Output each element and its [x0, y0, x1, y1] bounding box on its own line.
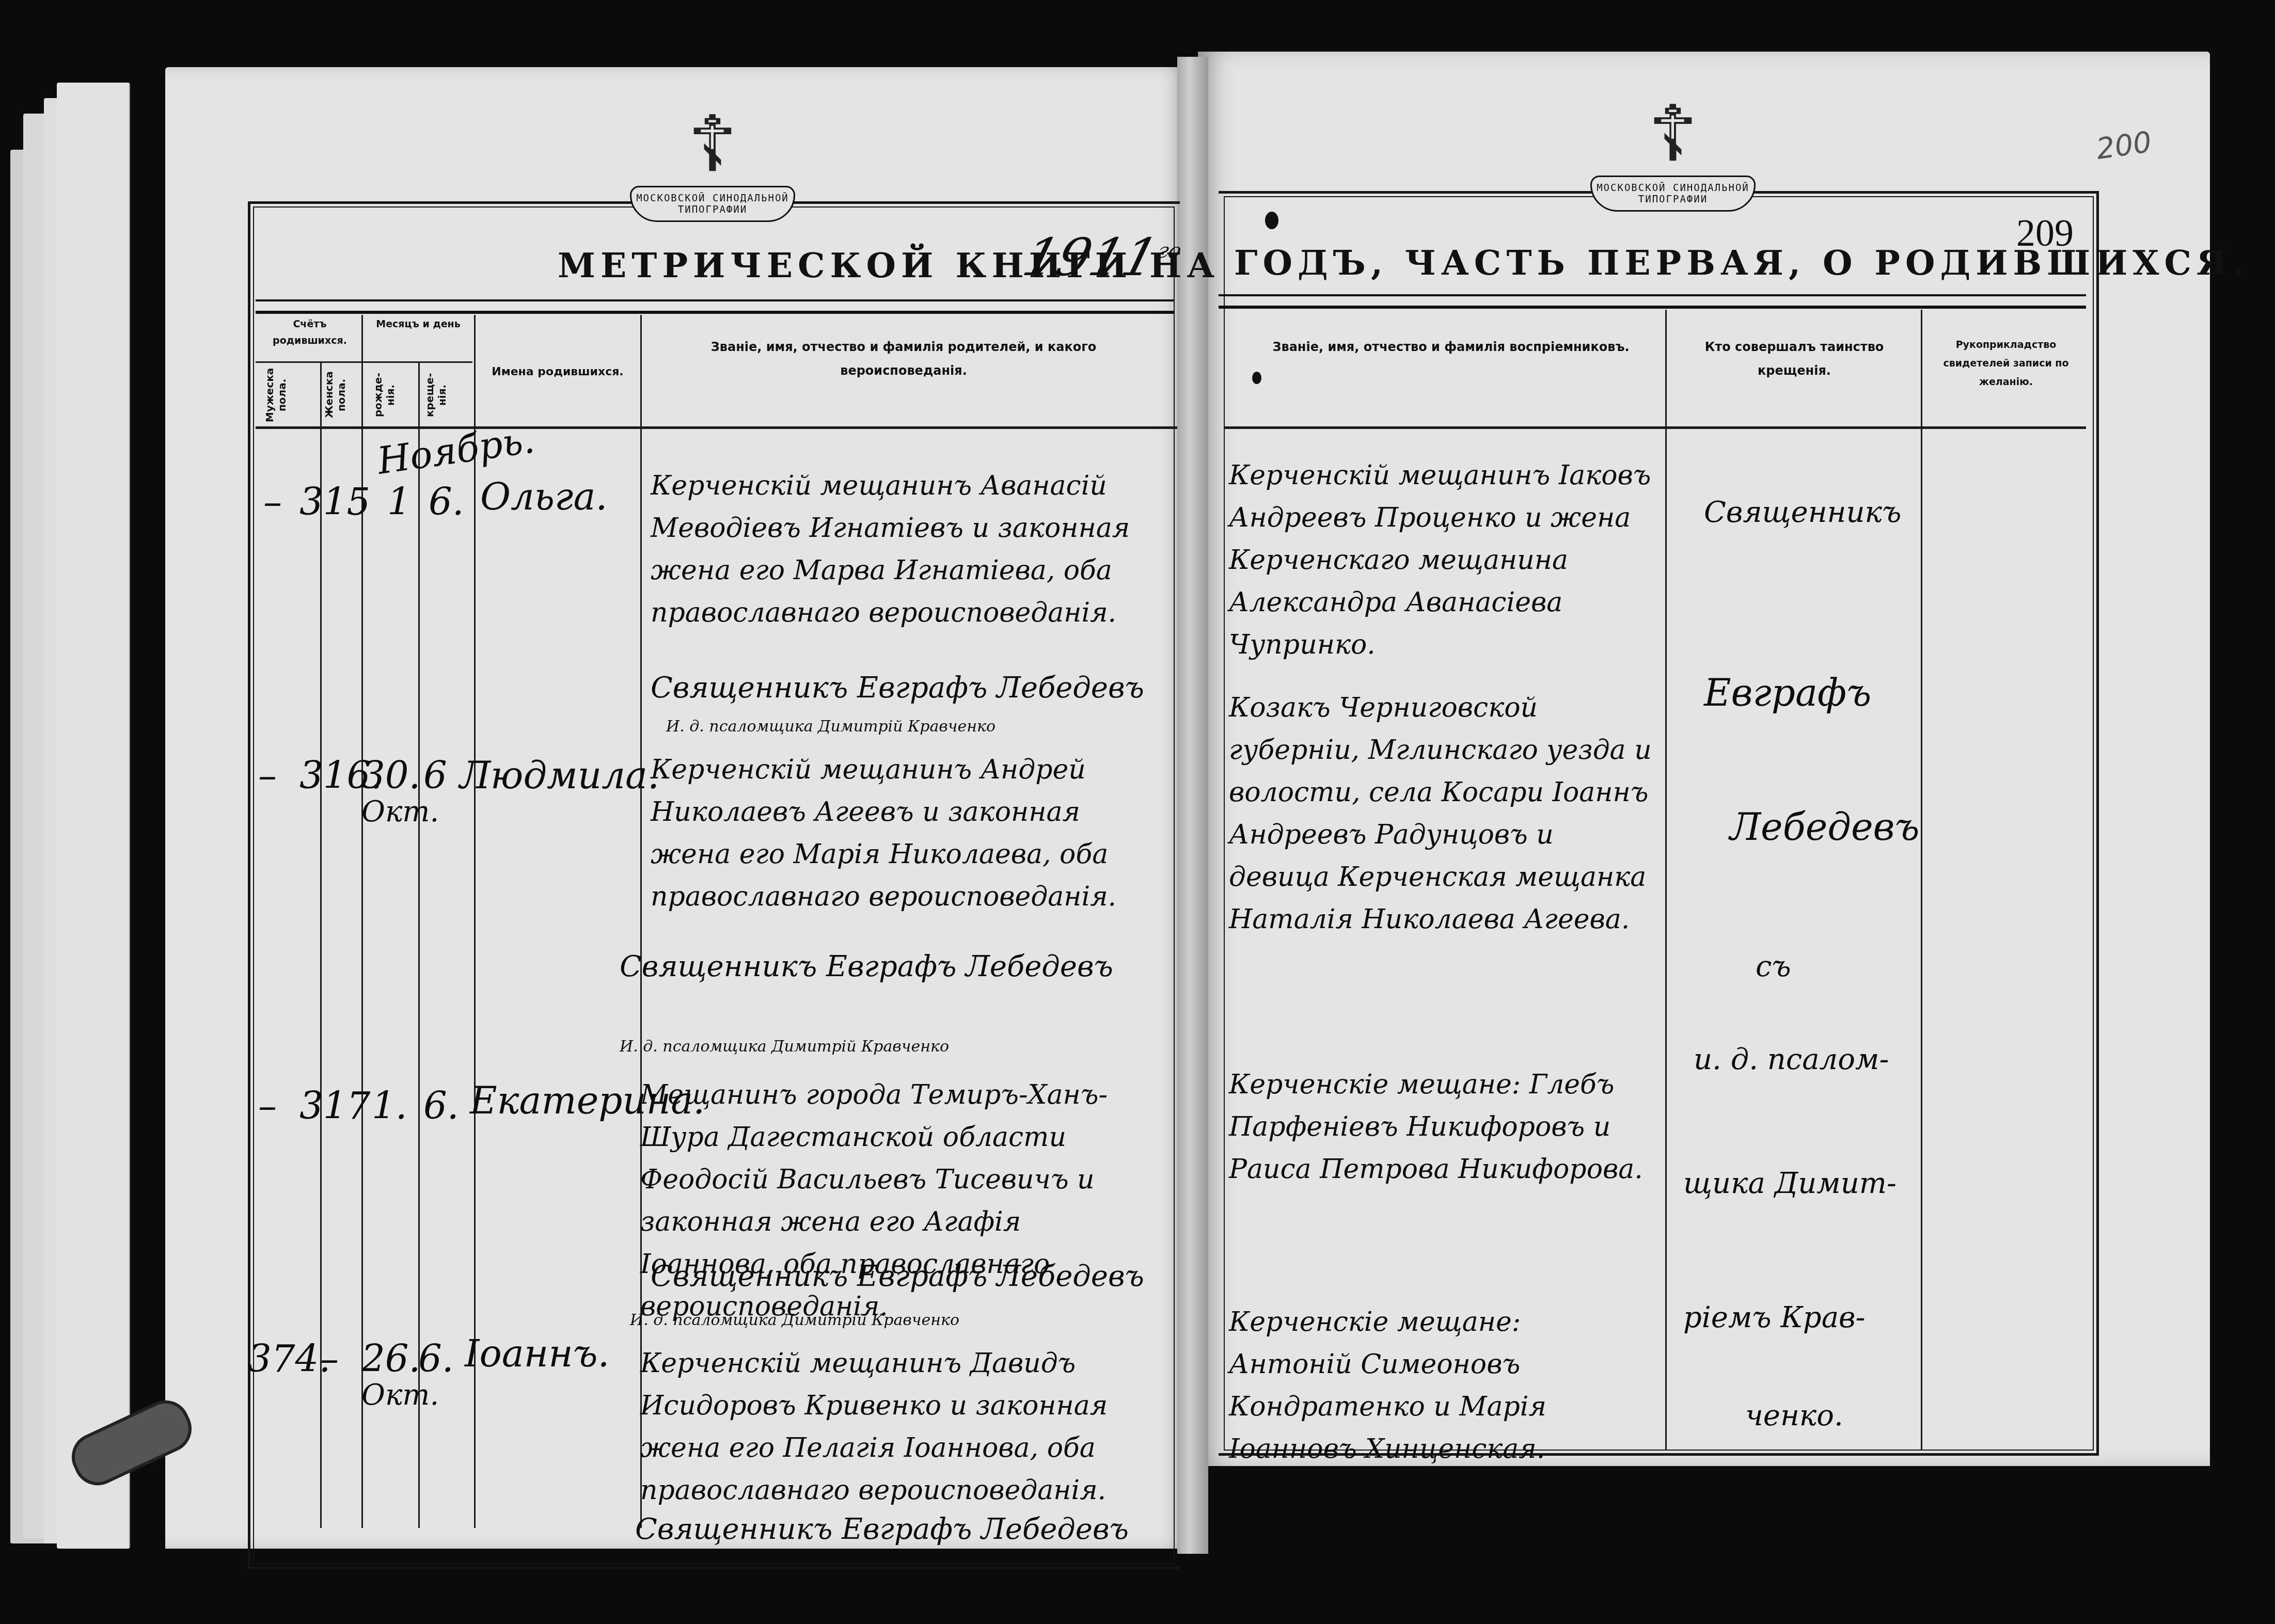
page-stack-edge	[57, 83, 130, 1549]
birth-day: 30.	[361, 754, 421, 797]
priest-signature: Священникъ Евграфъ Лебедевъ	[651, 1260, 1144, 1293]
crest-ribbon: МОСКОВСКОЙ СИНОДАЛЬНОЙ ТИПОГРАФИИ	[1590, 176, 1756, 212]
header-date-group: Месяцъ и день	[364, 316, 472, 332]
parents-entry: Керченскій мещанинъ Давидъ Исидоровъ Кри…	[640, 1342, 1146, 1511]
crest-ribbon: МОСКОВСКОЙ СИНОДАЛЬНОЙ ТИПОГРАФИИ	[630, 186, 795, 222]
officiant-line: рiемъ Крав-	[1683, 1301, 1866, 1334]
baptism-day: 6.	[418, 1337, 454, 1380]
baptism-day: 6.	[423, 1084, 459, 1127]
male-number: –	[263, 480, 282, 523]
header-count-group: Счётъ родившихся.	[258, 316, 361, 349]
column-divider	[1921, 310, 1922, 1451]
birth-day: 1	[387, 480, 411, 523]
header-parents: Званіе, имя, отчество и фамилія родителе…	[645, 336, 1162, 383]
psalmist-note: И. д. псаломщика Димитрій Кравченко	[630, 1311, 959, 1329]
godparents-entry: Козакъ Черниговской губерніи, Мглинскаго…	[1229, 687, 1652, 941]
priest-signature: Священникъ Евграфъ Лебедевъ	[651, 671, 1144, 705]
birth-day: 1.	[372, 1084, 407, 1127]
header-names: Имена родившихся.	[478, 361, 638, 383]
baptism-day: 6	[423, 754, 447, 797]
imperial-crest-right: ☦ МОСКОВСКОЙ СИНОДАЛЬНОЙ ТИПОГРАФИИ	[1590, 93, 1756, 222]
female-number: –	[320, 1337, 339, 1380]
child-name: Іоаннъ.	[465, 1332, 609, 1375]
parents-entry: Керченскій мещанинъ Аванасій Меводіевъ И…	[651, 465, 1146, 634]
parents-entry: Керченскій мещанинъ Андрей Николаевъ Аге…	[651, 749, 1146, 918]
header-date-birth: рожде-нія.	[372, 367, 413, 423]
birth-month: Окт.	[361, 1378, 439, 1412]
header-bottom-rule	[256, 426, 1177, 429]
binding-hole	[1265, 212, 1278, 229]
officiant-line: и. д. псалом-	[1694, 1043, 1889, 1076]
officiant-line: ченко.	[1745, 1399, 1843, 1432]
page-title-right: ГОДЪ, ЧАСТЬ ПЕРВАЯ, О РОДИВШИХСЯ.	[1234, 243, 2249, 283]
column-divider	[1665, 310, 1667, 1451]
baptism-day: 6.	[429, 480, 464, 523]
male-number: –	[258, 754, 277, 797]
header-count-male: Мужеска пола.	[263, 367, 310, 423]
officiant-line: Священникъ	[1704, 496, 1901, 529]
officiant-line: Евграфъ	[1704, 671, 1871, 714]
male-number: 374.	[248, 1337, 330, 1380]
officiant-line: щика Димит-	[1683, 1167, 1897, 1200]
psalmist-note: И. д. псаломщика Димитрій Кравченко	[620, 1038, 949, 1056]
imperial-crest-left: ☦ МОСКОВСКОЙ СИНОДАЛЬНОЙ ТИПОГРАФИИ	[630, 103, 795, 232]
header-date-baptism: креще-нія.	[423, 367, 470, 423]
officiant-line: Лебедевъ	[1730, 805, 1919, 849]
godparents-entry: Керченскіе мещане: Антоній Симеоновъ Кон…	[1229, 1301, 1652, 1470]
double-headed-eagle-icon: ☦	[1590, 93, 1756, 176]
male-number: –	[258, 1084, 277, 1127]
psalmist-note: И. д. псаломщика Димитрій Кравченко	[666, 718, 996, 736]
priest-signature: Священникъ Евграфъ Лебедевъ	[620, 950, 1113, 983]
header-subrule	[256, 361, 472, 363]
header-count-female: Женска пола.	[323, 367, 359, 423]
godparents-entry: Керченскій мещанинъ Іаковъ Андреевъ Проц…	[1229, 454, 1663, 666]
binding-hole	[1252, 372, 1261, 384]
female-number: 315	[299, 480, 370, 523]
header-rule	[1219, 294, 2086, 309]
header-godparents: Званіе, имя, отчество и фамилія воспріем…	[1250, 336, 1652, 359]
header-witnesses: Рукоприкладство свидетелей записи по жел…	[1923, 336, 2089, 391]
header-bottom-rule	[1224, 426, 2086, 429]
child-name: Людмила.	[460, 754, 659, 797]
birth-day: 26.	[361, 1337, 421, 1380]
child-name: Ольга.	[480, 475, 607, 518]
officiant-line: съ	[1756, 950, 1791, 983]
priest-signature: Священникъ Евграфъ Лебедевъ	[635, 1512, 1129, 1546]
scanned-register-spread: ☦ МОСКОВСКОЙ СИНОДАЛЬНОЙ ТИПОГРАФИИ ☦ МО…	[0, 0, 2275, 1624]
handwritten-year: 1911го	[1017, 227, 1187, 288]
double-headed-eagle-icon: ☦	[630, 103, 795, 186]
header-officiant: Кто совершалъ таинство крещенія.	[1670, 336, 1918, 383]
header-rule	[256, 299, 1175, 314]
page-number: 209	[2016, 212, 2074, 256]
female-number: 317	[299, 1084, 370, 1127]
godparents-entry: Керченскіе мещане: Глебъ Парфеніевъ Ники…	[1229, 1063, 1652, 1190]
birth-month: Окт.	[361, 795, 439, 829]
